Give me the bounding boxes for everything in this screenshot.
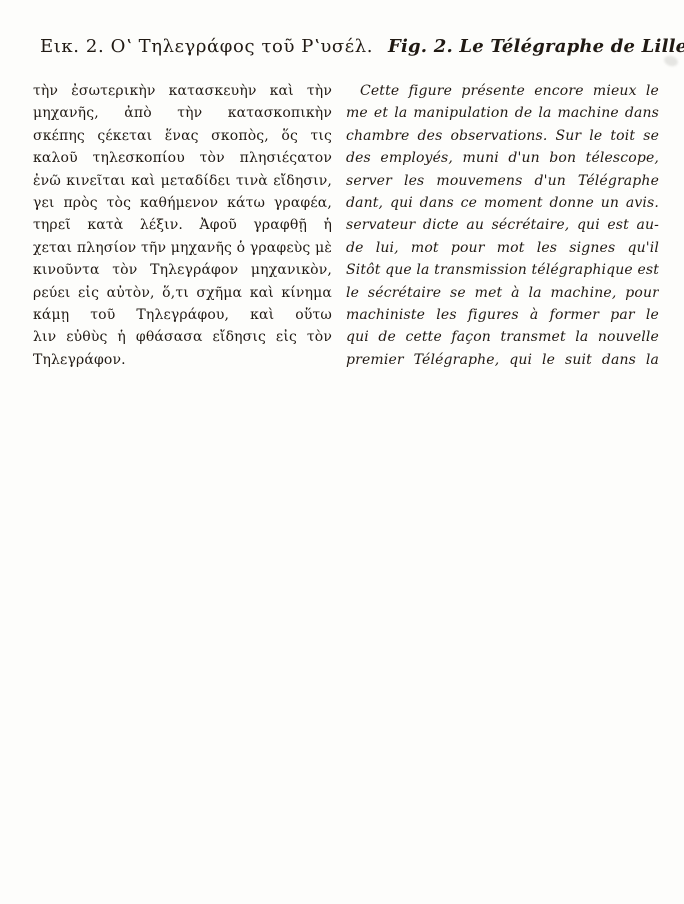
text-line: κινοῦντα τὸν Τηλεγράφον μηχανικὸν, καὶ ὑ… [33, 259, 332, 281]
text-line: σκέπης ςέκεται ἕνας σκοπὸς, ὅς τις παρατ… [33, 125, 332, 147]
text-line: Sitôt que la transmission télégraphique … [346, 259, 659, 281]
text-line: premier Télégraphe, qui le suit dans la … [346, 349, 659, 371]
text-line: γει πρὸς τὸς καθήμενον κάτω γραφέα, ὅ,τι… [33, 192, 332, 214]
text-line: chambre des observations. Sur le toit se… [346, 125, 659, 147]
text-line: λιν εὐθὺς ἡ φθάσασα εἴδησις εἰς τὸν πλησ… [33, 326, 332, 348]
figure-caption-french: Fig. 2. Le Télégraphe de Lille. [388, 36, 684, 57]
text-line: μηχανῆς, ἀπὸ τὴν κατασκοπικὴν καμάραν. Ἐ… [33, 102, 332, 124]
text-line: dant, qui dans ce moment donne un avis. … [346, 192, 659, 214]
text-line: machiniste les figures à former par le T… [346, 304, 659, 326]
text-line: le sécrétaire se met à la machine, pour … [346, 282, 659, 304]
text-line: me et la manipulation de la machine dans… [346, 102, 659, 124]
greek-text-column: τὴν ἐσωτερικὴν κατασκευὴν καὶ τὴν χρῆσιν… [33, 80, 332, 371]
text-line: τηρεῖ κατὰ λέξιν. Ἀφοῦ γραφθῇ ἡ εἴδησις,… [33, 214, 332, 236]
french-text-column: Cette figure présente encore mieux le mé… [346, 80, 659, 371]
text-line: servateur dicte au sécrétaire, qui est a… [346, 214, 659, 236]
text-line: server les mouvemens d'un Télégraphe cor… [346, 170, 659, 192]
text-line: χεται πλησίον τῆν μηχανῆς ὁ γραφεὺς μὲ τ… [33, 237, 332, 259]
text-line: ἐνῶ κινεῖται καὶ μεταδίδει τινὰ εἴδησιν,… [33, 170, 332, 192]
text-line: καλοῦ τηλεσκοπίου τὸν πλησιέςατον Τηλεγρ… [33, 147, 332, 169]
text-line: Cette figure présente encore mieux le mé… [346, 80, 659, 102]
text-line: ρεύει εἰς αὐτὸν, ὅ,τι σχῆμα καὶ κίνημα π… [33, 282, 332, 304]
text-line: de lui, mot pour mot les signes qu'il ob… [346, 237, 659, 259]
text-line: qui de cette façon transmet la nouvelle … [346, 326, 659, 348]
text-line: des employés, muni d'un bon télescope, p… [346, 147, 659, 169]
text-line: κάμῃ τοῦ Τηλεγράφου, καὶ οὕτω μεταδίδετα… [33, 304, 332, 326]
text-line: τὴν ἐσωτερικὴν κατασκευὴν καὶ τὴν χρῆσιν… [33, 80, 332, 102]
scanned-page: Εικ. 2. Οʽ Τηλεγράφος τοῦ Ρʽυσέλ. Fig. 2… [0, 0, 684, 904]
figure-caption-greek: Εικ. 2. Οʽ Τηλεγράφος τοῦ Ρʽυσέλ. [40, 36, 373, 57]
text-line: Τηλεγράφον. [33, 349, 332, 371]
